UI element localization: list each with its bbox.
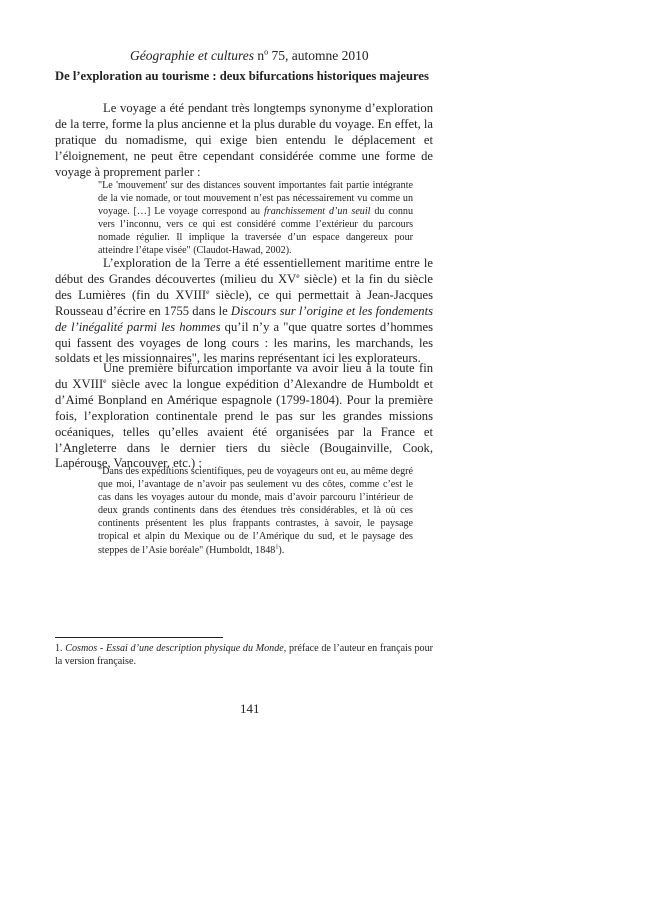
footnote-divider [55,637,223,638]
paragraph-2: L’exploration de la Terre a été essentie… [55,256,433,367]
footnote-number: 1. [55,643,65,654]
quote-claudot-hawad: "Le 'mouvement' sur des distances souven… [98,179,413,258]
para-text: siècle avec la longue expédition d’Alexa… [55,377,433,471]
running-head: Géographie et cultures no 75, automne 20… [130,48,369,64]
section-title: De l’exploration au tourisme : deux bifu… [55,69,445,84]
page-number: 141 [240,701,260,717]
quote-italic: franchissement d’un seuil [264,206,370,217]
paragraph-3: Une première bifurcation importante va a… [55,361,433,472]
journal-title: Géographie et cultures [130,48,254,63]
quote-humboldt: "Dans des expéditions scientifiques, peu… [98,465,413,557]
issue-info: 75, automne 2010 [268,48,369,63]
footnote-1: 1. Cosmos - Essai d’une description phys… [55,642,433,668]
quote-text: "Dans des expéditions scientifiques, peu… [98,466,413,556]
paragraph-1: Le voyage a été pendant très longtemps s… [55,101,433,181]
quote-text: ). [278,545,284,556]
footnote-title: Cosmos - Essai d’une description physiqu… [65,643,283,654]
